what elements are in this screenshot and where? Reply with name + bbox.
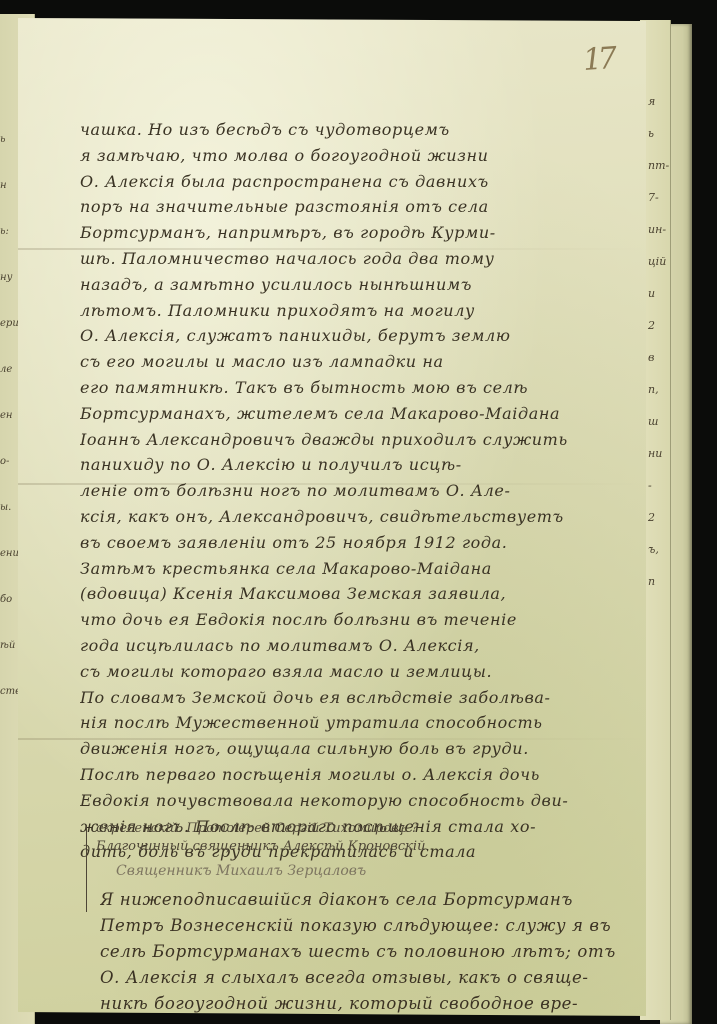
text-line: что дочь ея Евдокія послѣ болѣзни въ теч… xyxy=(80,607,640,633)
text-line: лѣтомъ. Паломники приходятъ на могилу xyxy=(80,298,640,324)
testimony-line: никѣ богоугодной жизни, который свободно… xyxy=(100,991,640,1017)
testimony-line: селѣ Бортсурманахъ шесть съ половиною лѣ… xyxy=(100,939,640,965)
text-line: съ его могилы и масло изъ лампадки на xyxy=(80,349,640,375)
text-line: нія послѣ Мужественной утратила способно… xyxy=(80,710,640,736)
text-line: Евдокія почувствовала некоторую способно… xyxy=(80,788,640,814)
right-margin-fragments: я ь пт- 7- ин- цій и 2 в п, ш ни - 2 ъ, … xyxy=(648,95,672,607)
text-line: его памятникѣ. Такъ въ бытность мою въ с… xyxy=(80,375,640,401)
text-line: съ могилы котораго взяла масло и землицы… xyxy=(80,659,640,685)
text-line: года исцѣлилась по молитвамъ О. Алексія, xyxy=(80,633,640,659)
text-line: (вдовица) Ксенія Максимова Земская заяви… xyxy=(80,581,640,607)
testimony-line: Петръ Вознесенскій показую слѣдующее: сл… xyxy=(100,913,640,939)
text-line: Іоаннъ Александровичъ дважды приходилъ с… xyxy=(80,427,640,453)
text-line: я замѣчаю, что молва о богоугодной жизни xyxy=(80,143,640,169)
text-line: Бортсурманахъ, жителемъ села Макарово-Ма… xyxy=(80,401,640,427)
main-text-body: чашка. Но изъ бесѣдъ съ чудотворцемъ я з… xyxy=(80,117,640,865)
folio-number: 17 xyxy=(582,41,615,78)
testimony-line: О. Алексія я слыхалъ всегда отзывы, какъ… xyxy=(100,965,640,991)
document-scan: я ь пт- 7- ин- цій и 2 в п, ш ни - 2 ъ, … xyxy=(0,0,717,1024)
text-line: въ своемъ заявленіи отъ 25 ноября 1912 г… xyxy=(80,530,640,556)
text-line: Послѣ перваго посѣщенія могилы о. Алексі… xyxy=(80,762,640,788)
text-line: Затѣмъ крестьянка села Макарово-Маідана xyxy=(80,556,640,582)
text-line: панихиду по О. Алексію и получилъ исцѣ- xyxy=(80,452,640,478)
signature-line-faint: Священникъ Михаилъ Зерцаловъ xyxy=(116,862,616,880)
text-line: О. Алексія была распространена съ давних… xyxy=(80,169,640,195)
deacon-testimony: Я нижеподписавшійся діаконъ села Бортсур… xyxy=(100,887,640,1017)
text-line: ксія, какъ онъ, Александровичъ, свидѣтел… xyxy=(80,504,640,530)
testimony-line: Я нижеподписавшійся діаконъ села Бортсур… xyxy=(100,887,640,913)
text-line: чашка. Но изъ бесѣдъ съ чудотворцемъ xyxy=(80,117,640,143)
text-line: назадъ, а замѣтно усилилось нынѣшнимъ xyxy=(80,272,640,298)
text-line: О. Алексія, служатъ панихиды, берутъ зем… xyxy=(80,323,640,349)
text-line: поръ на значительные разстоянія отъ села xyxy=(80,194,640,220)
signature-block: скресенскій. Протоіерей Сергій Тихомиров… xyxy=(96,820,616,880)
signature-line: Благочинный священникъ Алексѣй Кроновскі… xyxy=(96,838,616,856)
signature-line: скресенскій. Протоіерей Сергій Тихомиров… xyxy=(96,820,616,838)
text-line: движенія ногъ, ощущала сильную боль въ г… xyxy=(80,736,640,762)
signature-bracket xyxy=(86,826,93,912)
text-line: Бортсурманъ, напримѣръ, въ городѣ Курми- xyxy=(80,220,640,246)
text-line: шѣ. Паломничество началось года два тому xyxy=(80,246,640,272)
text-line: леніе отъ болѣзни ногъ по молитвамъ О. А… xyxy=(80,478,640,504)
text-line: По словамъ Земской дочь ея вслѣдствіе за… xyxy=(80,685,640,711)
